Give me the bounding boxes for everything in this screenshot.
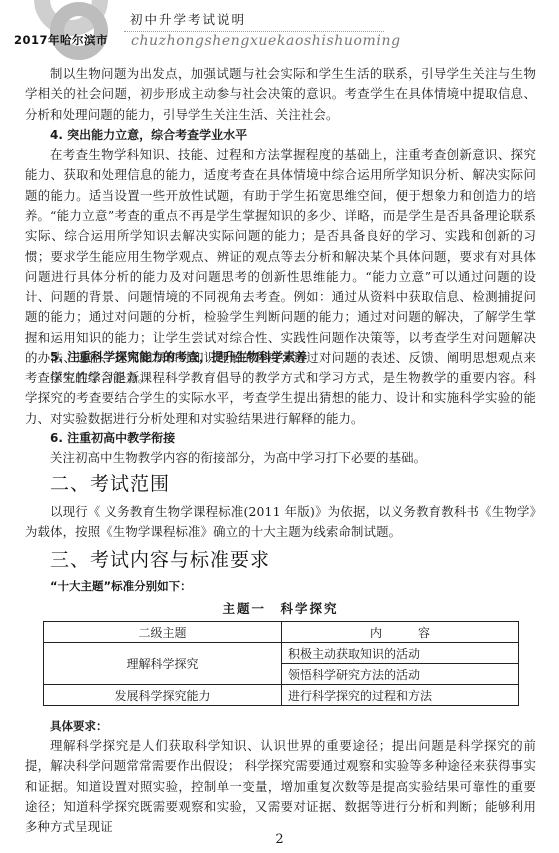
paragraph-6: 以现行《 义务教育生物学课程标准(2011 年版)》为依据，以义务教育教科书《生… — [25, 502, 536, 543]
table-header-row: 二级主题 内 容 — [44, 622, 519, 643]
paragraph-1: 制以生物问题为出发点，加强试题与社会实际和学生生活的联系，引导学生关注与生物学相… — [25, 64, 536, 125]
header-title: 初中升学考试说明 — [130, 10, 246, 28]
table-cell-topic: 理解科学探究 — [44, 643, 282, 685]
header-dotted-rule — [124, 31, 384, 32]
section-heading-content: 三、考试内容与标准要求 — [50, 545, 270, 572]
table-cell-content: 领悟科学研究方法的活动 — [282, 664, 519, 685]
table-cell-topic: 发展科学探究能力 — [44, 685, 282, 706]
decorative-ring-bottom — [50, 2, 108, 60]
topic-table: 二级主题 内 容 理解科学探究 积极主动获取知识的活动 领悟科学研究方法的活动 … — [43, 621, 519, 706]
subheading-4: 4. 突出能力立意，综合考查学业水平 — [50, 126, 247, 143]
section-heading-scope: 二、考试范围 — [50, 469, 170, 496]
table-header-cell: 内 容 — [282, 622, 519, 643]
paragraph-5: 关注初高中生物教学内容的衔接部分，为高中学习打下必要的基础。 — [25, 448, 536, 468]
header-year-city: 2017年哈尔滨市 — [14, 32, 108, 48]
header-pinyin: chuzhongshengxuekaoshishuoming — [131, 33, 401, 49]
table-row: 理解科学探究 积极主动获取知识的活动 — [44, 643, 519, 664]
subheading-6: 6. 注重初高中教学衔接 — [50, 429, 175, 446]
table-title: 主题一 科学探究 — [25, 599, 536, 617]
table-cell-content: 积极主动获取知识的活动 — [282, 643, 519, 664]
subheading-5: 5. 注重科学探究能力的考查，提升生物科学素养 — [50, 348, 307, 365]
table-cell-content: 进行科学探究的过程和方法 — [282, 685, 519, 706]
page-number: 2 — [0, 832, 559, 847]
requirements-label: 具体要求： — [50, 718, 108, 734]
table-row: 发展科学探究能力 进行科学探究的过程和方法 — [44, 685, 519, 706]
ten-topics-lead: “十大主题”标准分别如下： — [50, 578, 192, 594]
table-header-cell: 二级主题 — [44, 622, 282, 643]
paragraph-7: 理解科学探究是人们获取科学知识、认识世界的重要途径；提出问题是科学探究的前提，解… — [25, 736, 536, 837]
paragraph-4: 探究性学习是新课程科学教育倡导的教学方式和学习方式，是生物教学的重要内容。科学探… — [25, 368, 536, 429]
